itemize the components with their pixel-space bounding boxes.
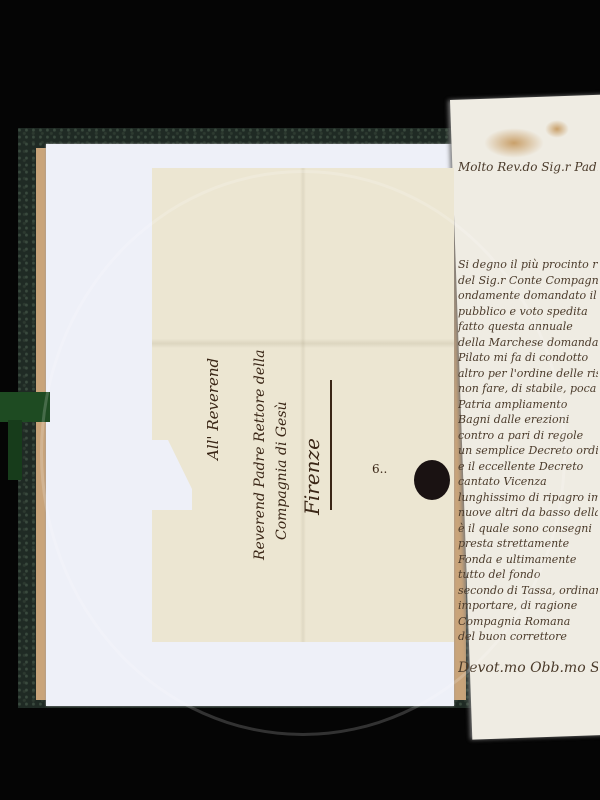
- foxing-stain: [545, 120, 569, 138]
- watermark-circle: [40, 170, 566, 736]
- green-ribbon-tail: [8, 420, 22, 480]
- page-heading: Molto Rev.do Sig.r Pad.ne Col.mo: [458, 160, 598, 174]
- foxing-stain: [484, 128, 544, 158]
